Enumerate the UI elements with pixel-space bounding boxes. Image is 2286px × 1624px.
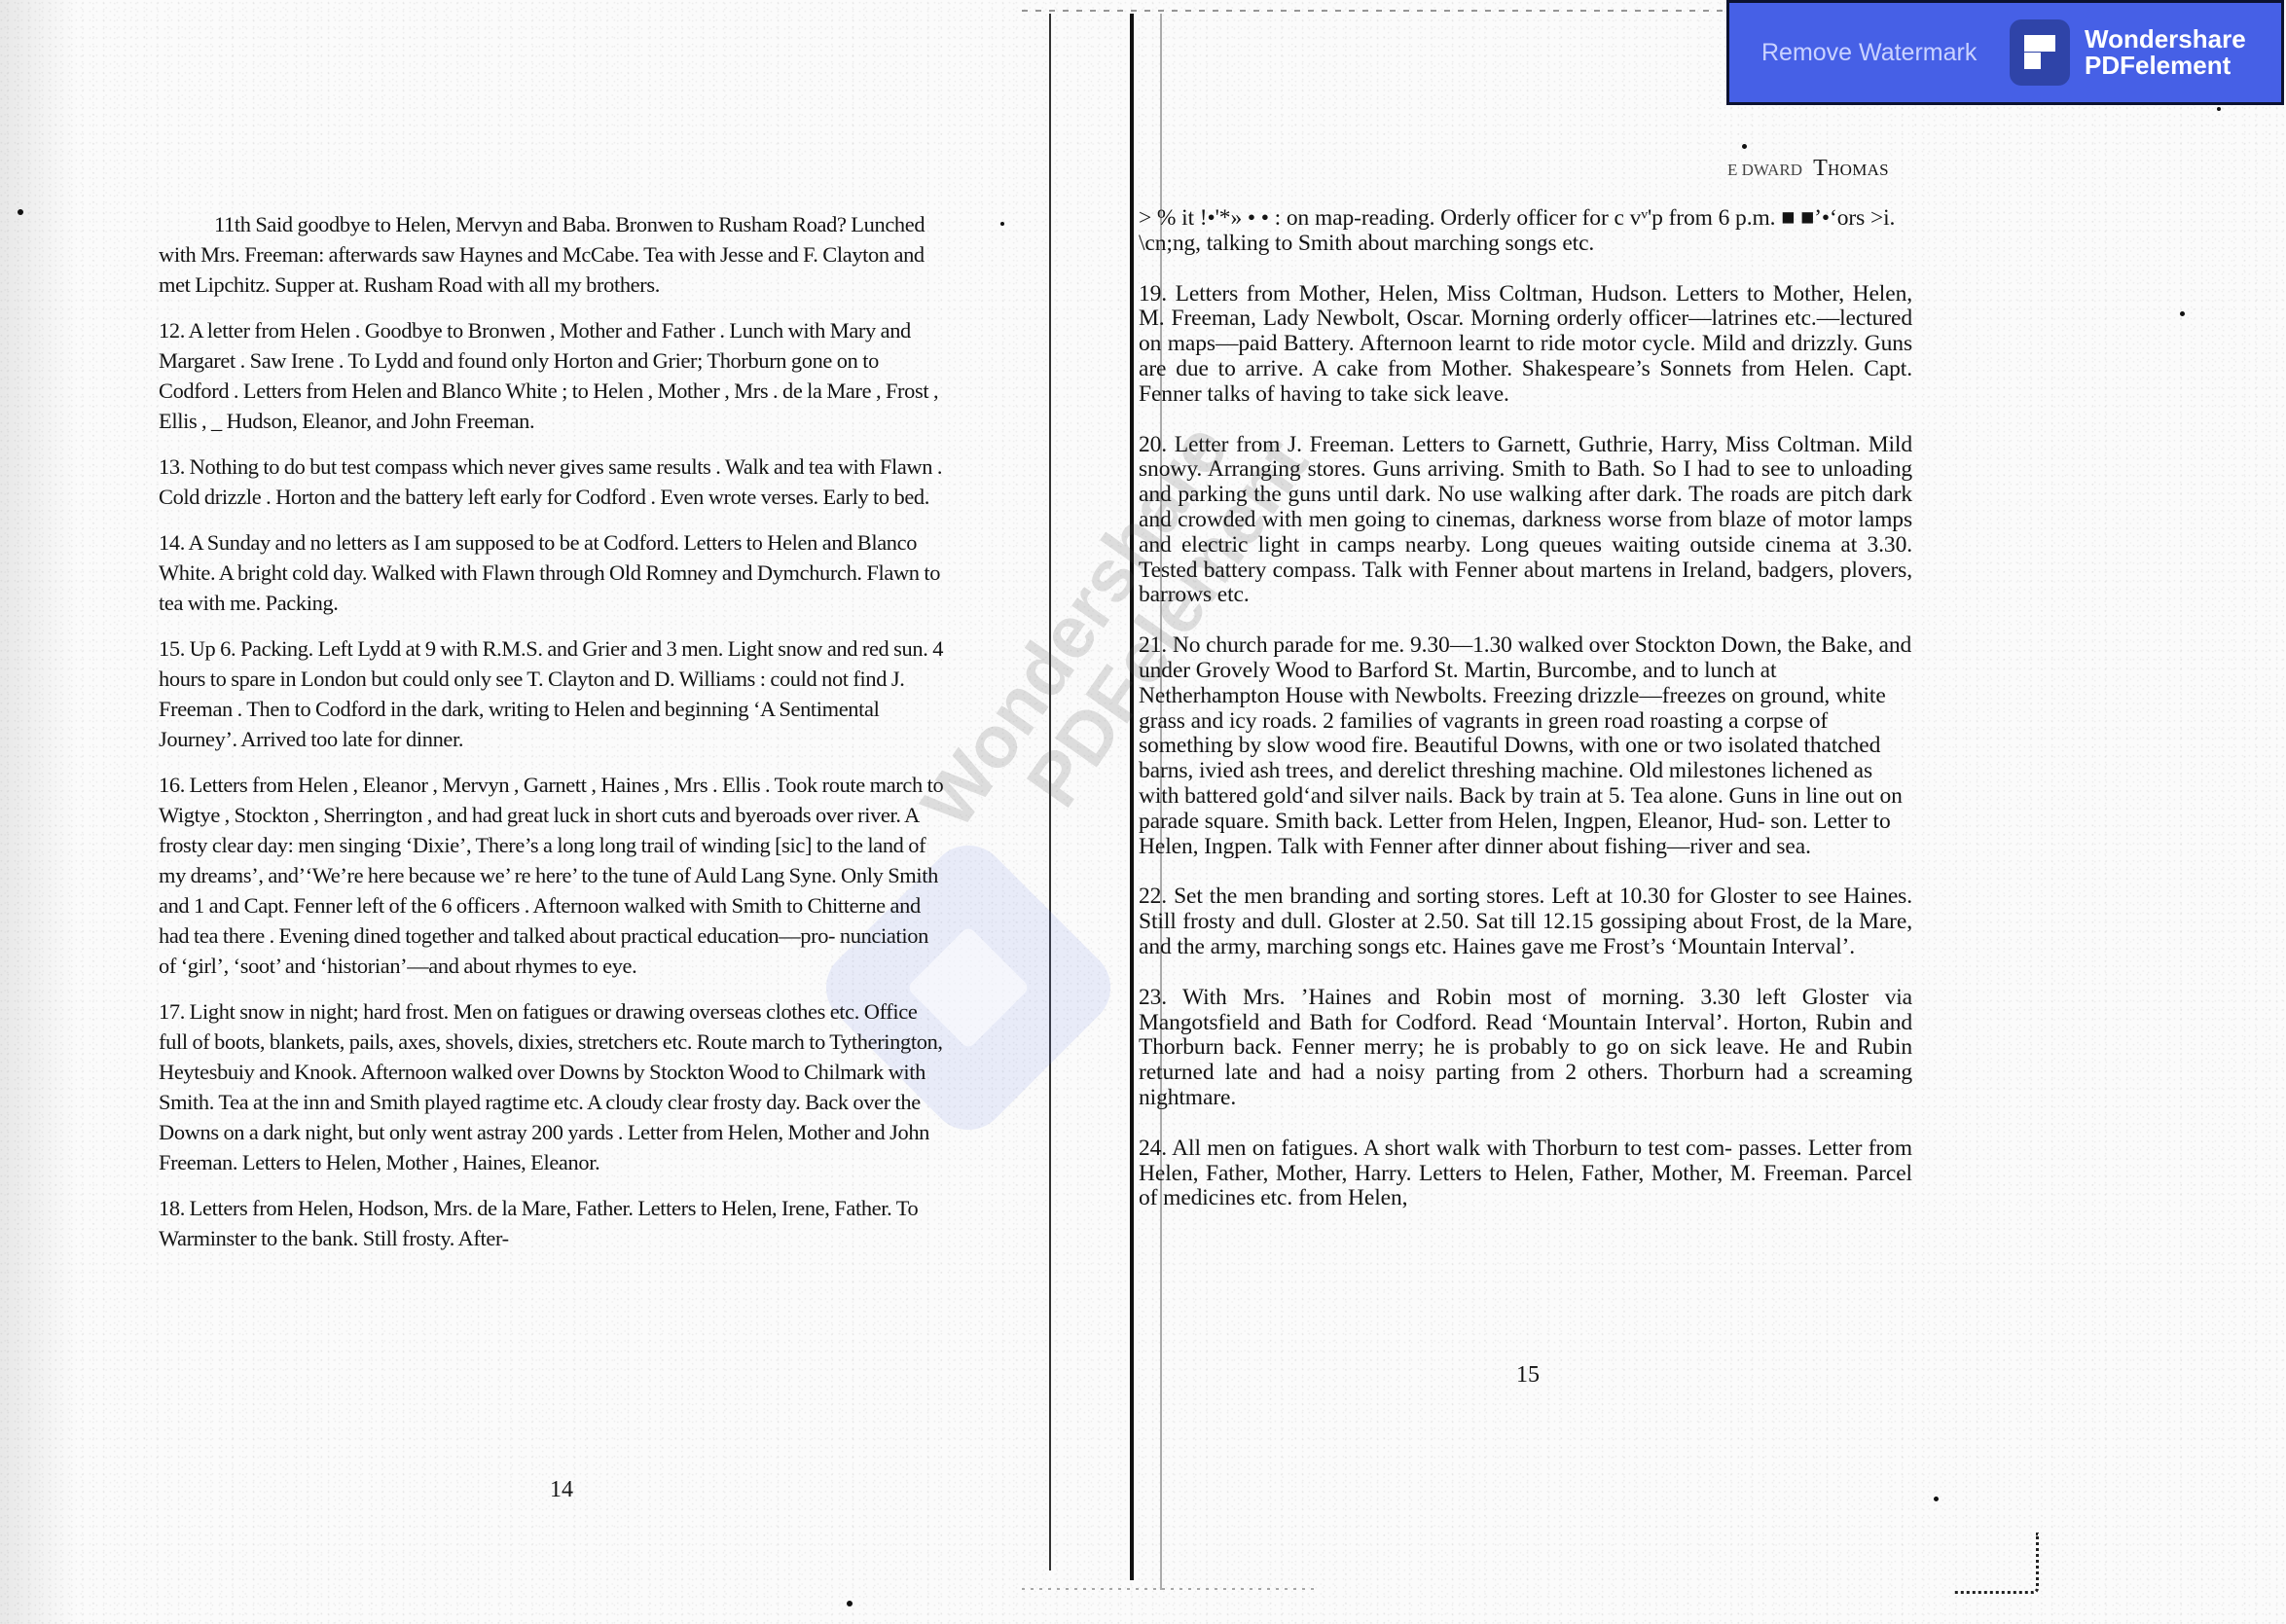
diary-entry-16: 16. Letters from Helen , Eleanor , Mervy… — [159, 770, 947, 981]
diary-entry-22: 22. Set the men branding and sorting sto… — [1139, 884, 1912, 959]
diary-entry-21: 21. No church parade for me. 9.30—1.30 w… — [1139, 633, 1912, 859]
scan-dot — [18, 209, 23, 215]
scan-dot — [1742, 144, 1747, 149]
scan-dot — [1000, 222, 1004, 226]
pdfelement-logo-icon — [2010, 19, 2070, 86]
page-number-left: 14 — [550, 1477, 573, 1503]
diary-entry-14: 14. A Sunday and no letters as I am supp… — [159, 527, 947, 618]
running-head: E DWARD Thomas — [1727, 156, 1889, 182]
scan-dot — [847, 1601, 853, 1606]
diary-entry-19: 19. Letters from Mother, Helen, Miss Col… — [1139, 282, 1912, 408]
brand-line1: Wondershare — [2085, 26, 2246, 53]
diary-entry-18: 18. Letters from Helen, Hodson, Mrs. de … — [159, 1193, 947, 1253]
book-spine-line — [1130, 14, 1134, 1580]
diary-entry-11: 11th Said goodbye to Helen, Mervyn and B… — [159, 209, 947, 300]
brand-line2: PDFelement — [2085, 53, 2246, 79]
diary-entry-23: 23. With Mrs. ’Haines and Robin most of … — [1139, 986, 1912, 1111]
page-corner-mark — [1954, 1533, 2039, 1594]
diary-entry-13: 13. Nothing to do but test compass which… — [159, 451, 947, 512]
scan-bottom-edge — [1022, 1588, 1314, 1590]
brand-name: Wondershare PDFelement — [2085, 26, 2246, 79]
diary-entry-24: 24. All men on fatigues. A short walk wi… — [1139, 1137, 1912, 1211]
diary-entry-18-continued: > % it !•'*» • • : on map-reading. Order… — [1139, 206, 1912, 257]
gutter-line — [1049, 14, 1051, 1570]
scan-edge-shadow — [0, 0, 78, 1624]
diary-entry-15: 15. Up 6. Packing. Left Lydd at 9 with R… — [159, 633, 947, 754]
scan-dot — [2217, 107, 2221, 111]
diary-entry-20: 20. Letter from J. Freeman. Letters to G… — [1139, 433, 1912, 609]
running-head-title: Thomas — [1813, 156, 1889, 181]
running-head-prefix: E DWARD — [1727, 161, 1802, 179]
diary-entry-17: 17. Light snow in night; hard frost. Men… — [159, 996, 947, 1177]
scan-dot — [1934, 1497, 1939, 1501]
right-page: > % it !•'*» • • : on map-reading. Order… — [1139, 206, 1912, 1237]
left-page: 11th Said goodbye to Helen, Mervyn and B… — [159, 209, 947, 1269]
scan-dot — [2180, 311, 2185, 316]
remove-watermark-button[interactable]: Remove Watermark — [1761, 39, 1995, 67]
remove-watermark-banner[interactable]: Remove Watermark Wondershare PDFelement — [1726, 0, 2284, 105]
diary-entry-12: 12. A letter from Helen . Goodbye to Bro… — [159, 315, 947, 436]
page-number-right: 15 — [1516, 1362, 1540, 1389]
